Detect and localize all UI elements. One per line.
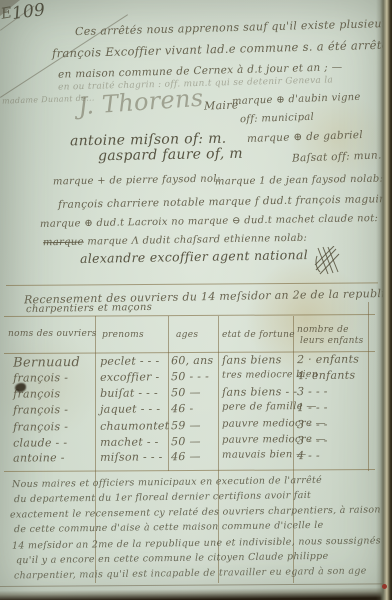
table-bottom-rule <box>4 469 375 472</box>
cell-enfants: 1 - - - <box>297 402 328 413</box>
cell-nom: françois - <box>13 421 68 432</box>
closing-line: Nous maires et officiers municipaux en e… <box>12 476 322 490</box>
table-row: claude - - machet - - 50 — pauvre medioc… <box>0 434 392 437</box>
column-rule-5 <box>368 302 369 471</box>
cell-age: 50 — <box>171 436 201 447</box>
attest-antoine-marque: marque ⊕ de gabriel <box>247 130 363 145</box>
column-header-fortune: etat de fortune <box>222 331 295 340</box>
bottom-shadow <box>0 587 392 600</box>
intro-line: françois Excoffier vivant lad.e commune … <box>52 40 389 60</box>
page-number: 109 <box>11 2 46 23</box>
marks-line-3: marque ⊕ dud.t Lacroix no marque ⊖ dud.t… <box>40 214 378 230</box>
cell-prenom: jaquet - - - <box>100 403 160 415</box>
cell-fortune: ſans biens <box>222 354 282 366</box>
cell-enfants: 3 - - - <box>297 435 328 446</box>
closing-line: 14 meſsidor an 2me de la republique une … <box>12 536 381 551</box>
marks-line-1a: marque + de pierre faysod nol: <box>53 175 221 188</box>
cell-enfants: 2 · enfants <box>297 354 359 366</box>
cell-age: 46 — <box>171 451 201 462</box>
cell-fortune: mauvais bien — <box>222 450 306 461</box>
table-row: Bernuaud peclet - - - 60, ans ſans biens… <box>0 353 392 356</box>
cell-prenom: peclet - - - <box>100 355 159 367</box>
cell-prenom: excoffier - <box>100 371 160 383</box>
aubin-marque-line: marque ⊕ d'aubin vigne <box>232 93 361 107</box>
marks-line-4: marque marque Λ dudit chaſsard ethienne … <box>43 234 307 249</box>
cell-nom: claude - - <box>13 437 67 448</box>
cell-prenom: chaumontet <box>100 420 169 432</box>
column-header-enfants-line1: nombre de <box>297 326 349 335</box>
seal-dot <box>382 584 387 589</box>
marks-line-1b: marque 1 de jean faysod nolab: <box>215 175 383 188</box>
intro-line: Ces arrêtés nous apprenons sauf qu'il ex… <box>75 18 392 37</box>
agent-national-line: alexandre excoffier agent national <box>80 249 308 265</box>
cell-prenom: miſson - - - <box>100 451 163 463</box>
table-row: antoine - miſson - - - 46 — mauvais bien… <box>0 449 392 452</box>
attest-gaspard-officer: Baſsat off: mun. <box>292 150 382 164</box>
attest-gaspard: gaspard faure of, m <box>98 147 243 164</box>
table-row: françois - jaquet - - - 46 - pere de fam… <box>0 401 392 404</box>
cell-enfants: 4. enfants <box>297 370 355 382</box>
closing-line: charpentier, mais qu'il est incapable de… <box>14 567 367 581</box>
cell-nom: Bernuaud <box>13 356 80 370</box>
marks-line-4-text: marque Λ dudit chaſsard ethienne nolab: <box>87 233 307 248</box>
maire-signature: J. Thorens <box>77 86 204 119</box>
cell-nom: antoine - <box>13 452 65 463</box>
cell-enfants: 3 - - - <box>297 419 328 430</box>
table-title-line2: charpentiers et maçons <box>26 303 152 315</box>
marks-line-2: françois charriere notable marque f dud.… <box>58 194 386 210</box>
closing-line: du departement du 1er floreal dernier ce… <box>14 491 311 505</box>
cell-prenom: machet - - <box>100 436 159 448</box>
cell-age: 60, ans <box>171 355 213 366</box>
cell-enfants: 3 - - - <box>297 386 328 397</box>
page-edge-line <box>0 583 392 587</box>
paraphe-flourish <box>314 246 340 276</box>
table-row: françois buiſat - - - 50 — ſans biens - … <box>0 385 392 388</box>
table-row: françois - chaumontet 59 — pauvre medioc… <box>0 418 392 421</box>
column-header-noms: noms des ouvriers <box>8 330 97 339</box>
scan-page: E 109 Ces arrêtés nous apprenons sauf qu… <box>0 0 392 600</box>
column-header-ages: ages <box>176 331 198 340</box>
column-header-enfants-line2: leurs enfants <box>300 337 364 346</box>
marks-line-4-struck: marque <box>43 237 84 249</box>
cell-nom: françois - <box>13 372 68 383</box>
cell-nom: françois - <box>13 404 68 415</box>
closing-line: qu'il y a encore en cette commune le cit… <box>16 552 329 566</box>
right-edge-strip <box>376 0 392 600</box>
section-rule <box>6 282 378 286</box>
cell-prenom: buiſat - - - <box>100 387 158 399</box>
cell-fortune: ſans biens - - <box>222 386 297 398</box>
cell-age: 59 — <box>171 420 201 431</box>
cell-enfants: 4 - - <box>297 450 320 461</box>
closing-line: de cette commune d'aise à cette maison c… <box>14 521 324 535</box>
cell-age: 50 — <box>171 387 201 398</box>
column-header-prenoms: prenoms <box>102 331 144 340</box>
cell-age: 50 - - - <box>171 371 209 382</box>
closing-line: exactement le recensement cy relaté des … <box>10 505 381 520</box>
aubin-office-line: off: municipal <box>240 113 314 126</box>
column-rule-2 <box>168 316 169 471</box>
cell-age: 46 - <box>171 403 194 414</box>
